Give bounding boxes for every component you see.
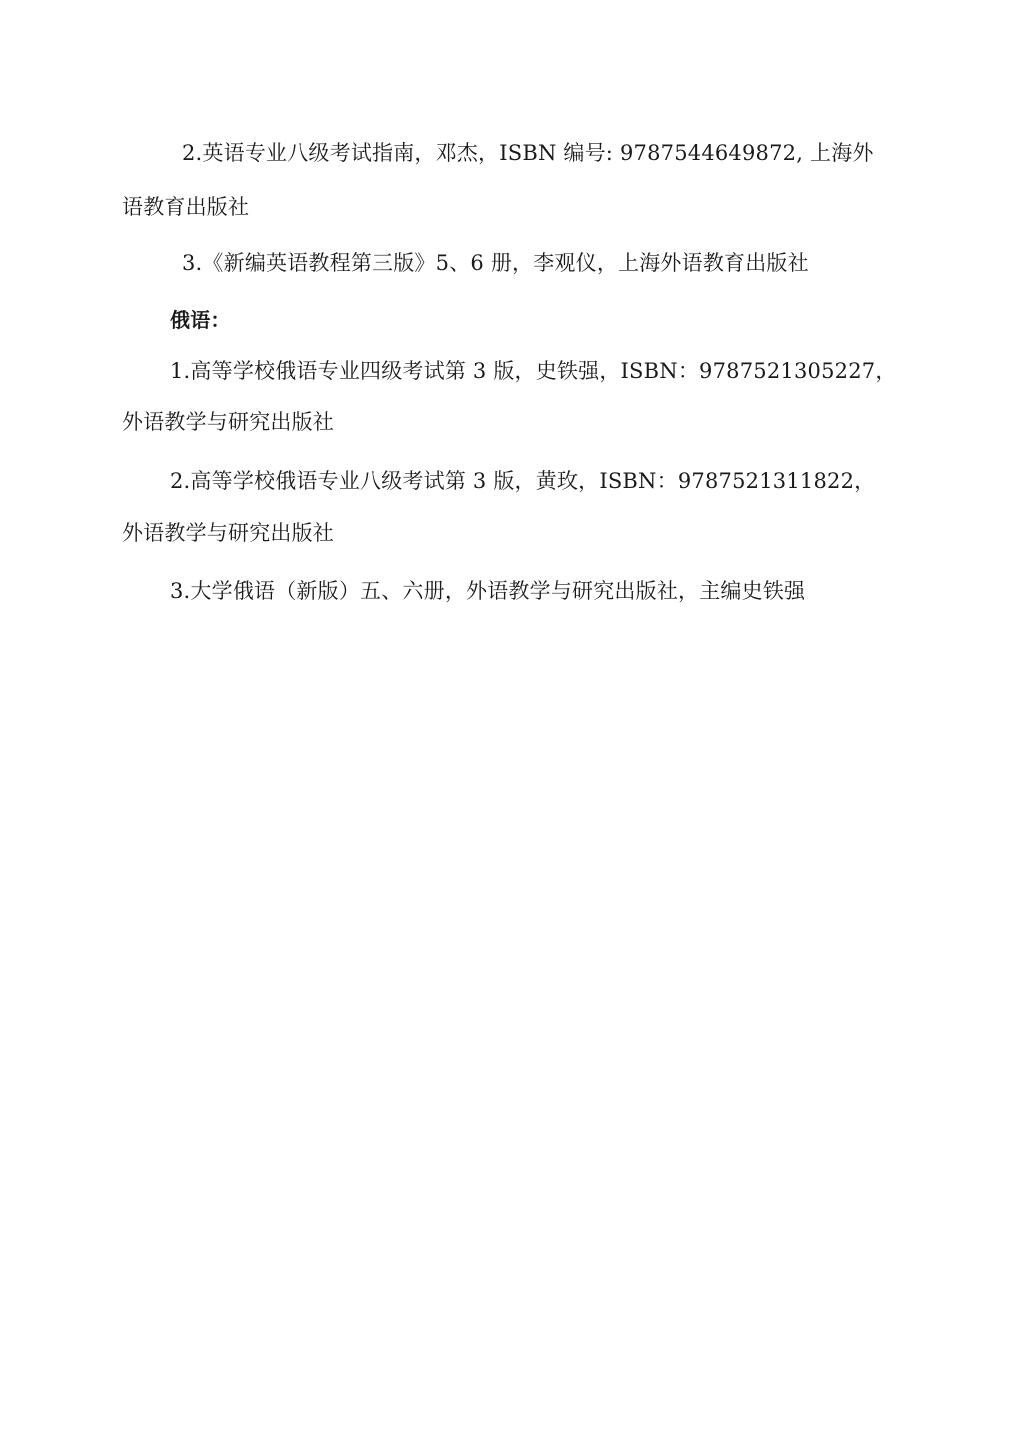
document-page: 2.英语专业八级考试指南，邓杰，ISBN 编号: 9787544649872, …	[0, 0, 1024, 1448]
russian-ref-3: 3.大学俄语（新版）五、六册，外语教学与研究出版社，主编史铁强	[170, 577, 805, 605]
russian-ref-2-line2: 外语教学与研究出版社	[122, 519, 334, 547]
russian-ref-1-line2: 外语教学与研究出版社	[122, 408, 334, 436]
english-ref-2-line1: 2.英语专业八级考试指南，邓杰，ISBN 编号: 9787544649872, …	[182, 139, 874, 167]
russian-ref-1-line1: 1.高等学校俄语专业四级考试第 3 版，史铁强，ISBN：97875213052…	[170, 357, 897, 385]
russian-ref-2-line1: 2.高等学校俄语专业八级考试第 3 版，黄玫，ISBN：978752131182…	[170, 467, 875, 495]
english-ref-2-line2: 语教育出版社	[122, 193, 249, 221]
english-ref-3: 3.《新编英语教程第三版》5、6 册，李观仪，上海外语教育出版社	[182, 249, 809, 277]
russian-section-heading: 俄语：	[170, 306, 231, 334]
